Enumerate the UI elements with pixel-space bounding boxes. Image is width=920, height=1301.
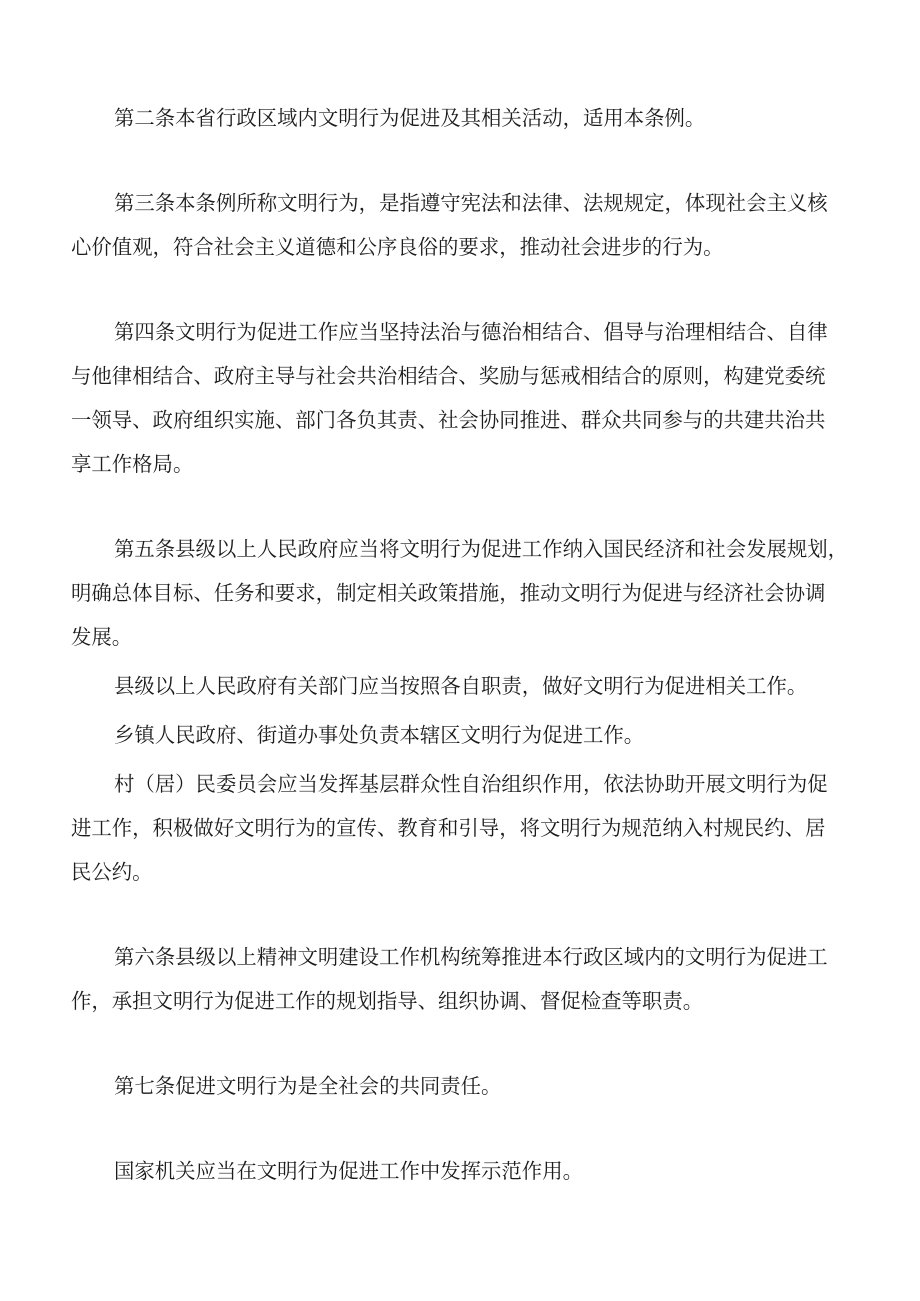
paragraph: 乡镇人民政府、街道办事处负责本辖区文明行为促进工作。 xyxy=(71,714,900,758)
text-line: 国家机关应当在文明行为促进工作中发挥示范作用。 xyxy=(71,1150,900,1194)
text-line: 进工作，积极做好文明行为的宣传、教育和引导，将文明行为规范纳入村规民约、居 xyxy=(71,807,900,851)
paragraph: 第六条县级以上精神文明建设工作机构统筹推进本行政区域内的文明行为促进工 作，承担… xyxy=(71,936,900,1024)
text-line: 第五条县级以上人民政府应当将文明行为促进工作纳入国民经济和社会发展规划， xyxy=(71,528,900,572)
block-article-6: 第六条县级以上精神文明建设工作机构统筹推进本行政区域内的文明行为促进工 作，承担… xyxy=(71,936,900,1024)
text-line: 第四条文明行为促进工作应当坚持法治与德治相结合、倡导与治理相结合、自律 xyxy=(71,311,900,355)
text-line: 作，承担文明行为促进工作的规划指导、组织协调、督促检查等职责。 xyxy=(71,980,900,1024)
text-line: 享工作格局。 xyxy=(71,443,900,487)
block-article-2: 第二条本省行政区域内文明行为促进及其相关活动，适用本条例。 xyxy=(71,97,900,141)
paragraph: 第五条县级以上人民政府应当将文明行为促进工作纳入国民经济和社会发展规划， 明确总… xyxy=(71,528,900,660)
paragraph: 县级以上人民政府有关部门应当按照各自职责，做好文明行为促进相关工作。 xyxy=(71,665,900,709)
text-line: 村（居）民委员会应当发挥基层群众性自治组织作用，依法协助开展文明行为促 xyxy=(71,763,900,807)
document-page: 第二条本省行政区域内文明行为促进及其相关活动，适用本条例。 第三条本条例所称文明… xyxy=(0,0,920,1301)
paragraph: 第三条本条例所称文明行为，是指遵守宪法和法律、法规规定，体现社会主义核 心价值观… xyxy=(71,182,900,270)
text-line: 第七条促进文明行为是全社会的共同责任。 xyxy=(71,1065,900,1109)
text-line: 与他律相结合、政府主导与社会共治相结合、奖励与惩戒相结合的原则，构建党委统 xyxy=(71,355,900,399)
text-line: 县级以上人民政府有关部门应当按照各自职责，做好文明行为促进相关工作。 xyxy=(71,665,900,709)
text-line: 发展。 xyxy=(71,616,900,660)
text-line: 第六条县级以上精神文明建设工作机构统筹推进本行政区域内的文明行为促进工 xyxy=(71,936,900,980)
text-line: 第二条本省行政区域内文明行为促进及其相关活动，适用本条例。 xyxy=(71,97,900,141)
paragraph: 第七条促进文明行为是全社会的共同责任。 xyxy=(71,1065,900,1109)
block-article-7: 第七条促进文明行为是全社会的共同责任。 xyxy=(71,1065,900,1109)
block-article-5: 第五条县级以上人民政府应当将文明行为促进工作纳入国民经济和社会发展规划， 明确总… xyxy=(71,528,900,895)
paragraph: 国家机关应当在文明行为促进工作中发挥示范作用。 xyxy=(71,1150,900,1194)
text-line: 第三条本条例所称文明行为，是指遵守宪法和法律、法规规定，体现社会主义核 xyxy=(71,182,900,226)
text-line: 明确总体目标、任务和要求，制定相关政策措施，推动文明行为促进与经济社会协调 xyxy=(71,572,900,616)
text-line: 一领导、政府组织实施、部门各负其责、社会协同推进、群众共同参与的共建共治共 xyxy=(71,399,900,443)
text-line: 民公约。 xyxy=(71,851,900,895)
paragraph: 村（居）民委员会应当发挥基层群众性自治组织作用，依法协助开展文明行为促 进工作，… xyxy=(71,763,900,895)
block-article-7-continuation: 国家机关应当在文明行为促进工作中发挥示范作用。 xyxy=(71,1150,900,1194)
text-line: 乡镇人民政府、街道办事处负责本辖区文明行为促进工作。 xyxy=(71,714,900,758)
paragraph: 第二条本省行政区域内文明行为促进及其相关活动，适用本条例。 xyxy=(71,97,900,141)
block-article-4: 第四条文明行为促进工作应当坚持法治与德治相结合、倡导与治理相结合、自律 与他律相… xyxy=(71,311,900,487)
paragraph: 第四条文明行为促进工作应当坚持法治与德治相结合、倡导与治理相结合、自律 与他律相… xyxy=(71,311,900,487)
block-article-3: 第三条本条例所称文明行为，是指遵守宪法和法律、法规规定，体现社会主义核 心价值观… xyxy=(71,182,900,270)
text-line: 心价值观，符合社会主义道德和公序良俗的要求，推动社会进步的行为。 xyxy=(71,226,900,270)
